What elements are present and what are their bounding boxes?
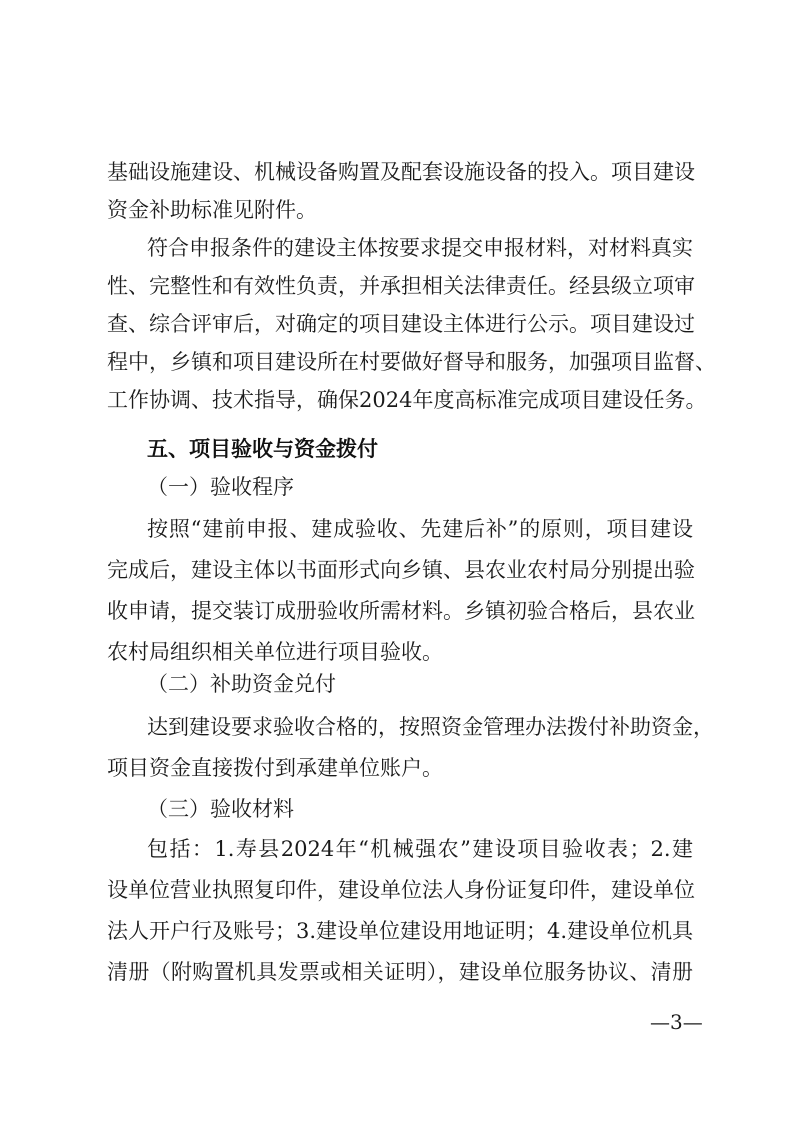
paragraph-line: 符合申报条件的建设主体按要求提交申报材料，对材料真实 [147, 233, 693, 263]
subsection-heading: （三）验收材料 [147, 794, 294, 824]
paragraph-line: 达到建设要求验收合格的，按照资金管理办法拨付补助资金， [147, 712, 693, 742]
subsection-heading: （二）补助资金兑付 [147, 669, 336, 699]
paragraph-line: 法人开户行及账号；3.建设单位建设用地证明；4.建设单位机具 [107, 916, 693, 946]
paragraph-line: 按照“建前申报、建成验收、先建后补”的原则，项目建设 [147, 514, 693, 544]
paragraph-line: 查、综合评审后，对确定的项目建设主体进行公示。项目建设过 [107, 309, 693, 339]
document-page: 基础设施建设、机械设备购置及配套设施设备的投入。项目建设 资金补助标准见附件。 … [0, 0, 794, 1122]
paragraph-line: 包括：1.寿县2024年“机械强农”建设项目验收表；2.建 [147, 834, 693, 864]
subsection-heading: （一）验收程序 [147, 472, 294, 502]
paragraph-line: 项目资金直接拨付到承建单位账户。 [107, 753, 693, 783]
section-heading: 五、项目验收与资金拨付 [147, 434, 378, 464]
paragraph-line: 资金补助标准见附件。 [107, 195, 693, 225]
paragraph-line: 清册（附购置机具发票或相关证明），建设单位服务协议、清册 [107, 957, 693, 987]
paragraph-line: 完成后，建设主体以书面形式向乡镇、县农业农村局分别提出验 [107, 555, 693, 585]
page-number: —3— [650, 1010, 703, 1034]
paragraph-line: 农村局组织相关单位进行项目验收。 [107, 637, 693, 667]
paragraph-line: 工作协调、技术指导，确保2024年度高标准完成项目建设任务。 [107, 385, 693, 415]
paragraph-line: 基础设施建设、机械设备购置及配套设施设备的投入。项目建设 [107, 157, 693, 187]
paragraph-line: 收申请，提交装订成册验收所需材料。乡镇初验合格后，县农业 [107, 596, 693, 626]
paragraph-line: 性、完整性和有效性负责，并承担相关法律责任。经县级立项审 [107, 271, 693, 301]
paragraph-line: 设单位营业执照复印件，建设单位法人身份证复印件，建设单位 [107, 875, 693, 905]
paragraph-line: 程中，乡镇和项目建设所在村要做好督导和服务，加强项目监督、 [107, 347, 693, 377]
